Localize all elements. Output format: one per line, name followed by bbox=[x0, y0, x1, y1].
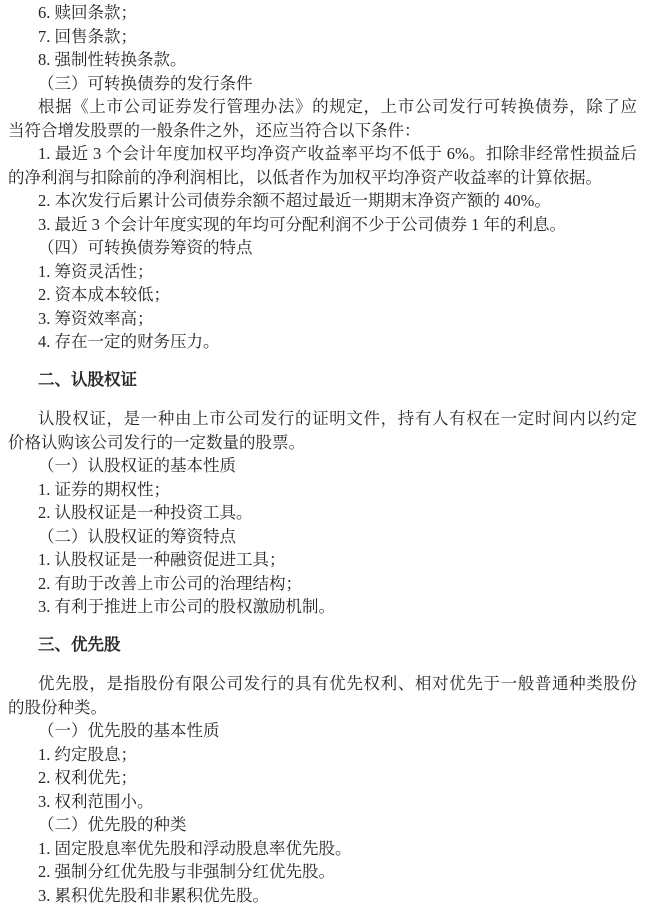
numbered-item: 7. 回售条款； bbox=[8, 25, 637, 49]
paragraph-line: 的股份种类。 bbox=[8, 696, 637, 720]
numbered-item: 3. 累积优先股和非累积优先股。 bbox=[8, 884, 637, 908]
sub-heading: （四）可转换债券筹资的特点 bbox=[8, 236, 637, 260]
numbered-item: 6. 赎回条款； bbox=[8, 1, 637, 25]
numbered-item: 1. 筹资灵活性； bbox=[8, 260, 637, 284]
numbered-item: 3. 最近 3 个会计年度实现的年均可分配利润不少于公司债券 1 年的利息。 bbox=[8, 213, 637, 237]
paragraph-line: 价格认购该公司发行的一定数量的股票。 bbox=[8, 431, 637, 455]
numbered-item: 3. 有利于推进上市公司的股权激励机制。 bbox=[8, 595, 637, 619]
numbered-item: 2. 强制分红优先股与非强制分红优先股。 bbox=[8, 860, 637, 884]
document-page: 6. 赎回条款； 7. 回售条款； 8. 强制性转换条款。 （三）可转换债券的发… bbox=[0, 0, 645, 919]
numbered-item: 3. 筹资效率高； bbox=[8, 307, 637, 331]
numbered-item: 8. 强制性转换条款。 bbox=[8, 48, 637, 72]
numbered-item: 1. 认股权证是一种融资促进工具； bbox=[8, 548, 637, 572]
sub-heading: （一）优先股的基本性质 bbox=[8, 719, 637, 743]
paragraph-line: 根据《上市公司证券发行管理办法》的规定，上市公司发行可转换债券，除了应 bbox=[8, 95, 637, 119]
paragraph-line: 当符合增发股票的一般条件之外，还应当符合以下条件： bbox=[8, 119, 637, 143]
paragraph-line: 的净利润与扣除前的净利润相比，以低者作为加权平均净资产收益率的计算依据。 bbox=[8, 166, 637, 190]
paragraph-line: 优先股，是指股份有限公司发行的具有优先权利、相对优先于一般普通种类股份 bbox=[8, 672, 637, 696]
numbered-item: 2. 本次发行后累计公司债券余额不超过最近一期期末净资产额的 40%。 bbox=[8, 189, 637, 213]
numbered-item: 2. 权利优先； bbox=[8, 766, 637, 790]
sub-heading: （二）优先股的种类 bbox=[8, 813, 637, 837]
numbered-item: 2. 资本成本较低； bbox=[8, 283, 637, 307]
section-heading: 三、优先股 bbox=[8, 634, 637, 658]
numbered-item: 1. 约定股息； bbox=[8, 743, 637, 767]
sub-heading: （二）认股权证的筹资特点 bbox=[8, 525, 637, 549]
sub-heading: （三）可转换债券的发行条件 bbox=[8, 72, 637, 96]
numbered-item: 1. 固定股息率优先股和浮动股息率优先股。 bbox=[8, 837, 637, 861]
numbered-item: 2. 认股权证是一种投资工具。 bbox=[8, 501, 637, 525]
numbered-item: 2. 有助于改善上市公司的治理结构； bbox=[8, 572, 637, 596]
numbered-item: 1. 最近 3 个会计年度加权平均净资产收益率平均不低于 6%。扣除非经常性损益… bbox=[8, 142, 637, 166]
sub-heading: （一）认股权证的基本性质 bbox=[8, 454, 637, 478]
numbered-item: 3. 权利范围小。 bbox=[8, 790, 637, 814]
section-heading: 二、认股权证 bbox=[8, 369, 637, 393]
numbered-item: 1. 证券的期权性； bbox=[8, 478, 637, 502]
numbered-item: 4. 存在一定的财务压力。 bbox=[8, 330, 637, 354]
paragraph-line: 认股权证，是一种由上市公司发行的证明文件，持有人有权在一定时间内以约定 bbox=[8, 407, 637, 431]
